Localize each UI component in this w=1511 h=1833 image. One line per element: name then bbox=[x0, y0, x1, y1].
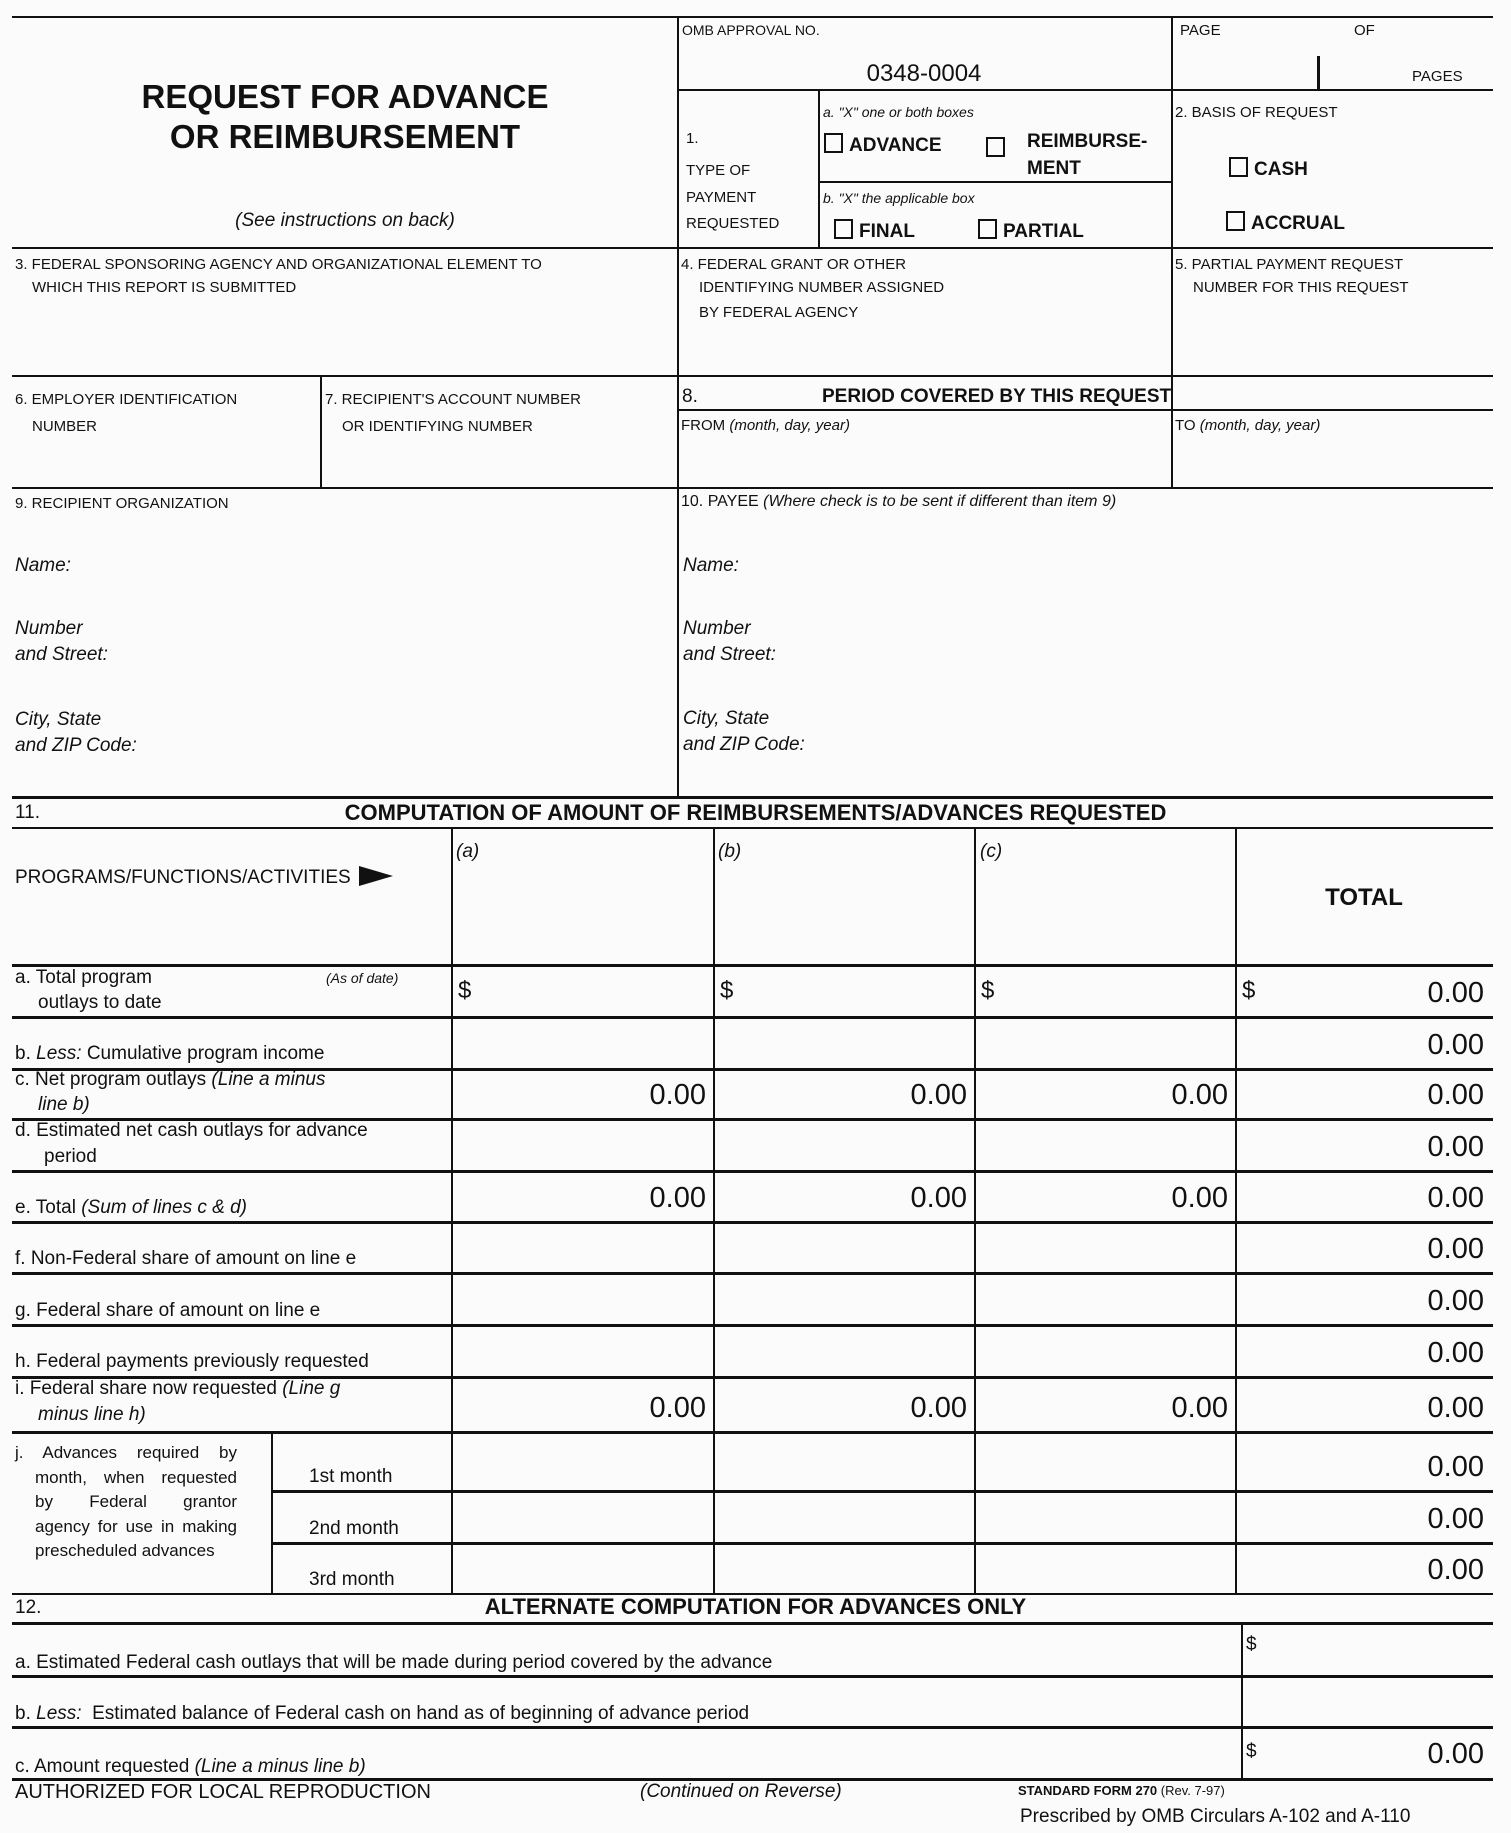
period-from-label: FROM (month, day, year) bbox=[681, 417, 850, 434]
partial-checkbox[interactable]: PARTIAL bbox=[978, 219, 1084, 243]
continued-note: (Continued on Reverse) bbox=[640, 1781, 842, 1803]
value-cell[interactable] bbox=[977, 1222, 1232, 1270]
value-cell[interactable] bbox=[977, 1325, 1232, 1374]
value-cell[interactable] bbox=[977, 1543, 1232, 1591]
currency-symbol: $ bbox=[720, 977, 733, 1005]
item12c-label: c. Amount requested (Line a minus line b… bbox=[15, 1756, 366, 1778]
recipient-street-label-1: Number bbox=[15, 618, 83, 640]
employer-id-field[interactable] bbox=[14, 440, 318, 485]
value-cell[interactable] bbox=[454, 1543, 710, 1591]
currency-symbol: $ bbox=[458, 977, 471, 1005]
item1b-instruction: b. "X" the applicable box bbox=[823, 190, 975, 206]
cell-value: 0.00 bbox=[1428, 1233, 1484, 1266]
advance-checkbox[interactable]: ADVANCE bbox=[824, 133, 942, 157]
partial-label: PARTIAL bbox=[1003, 221, 1084, 242]
total-pages-field[interactable] bbox=[1321, 40, 1411, 88]
cell-value: 0.00 bbox=[1172, 1392, 1228, 1425]
payee-city-field[interactable] bbox=[830, 710, 1480, 755]
row-h-label: h. Federal payments previously requested bbox=[15, 1351, 369, 1373]
value-cell[interactable] bbox=[454, 1325, 710, 1374]
checkbox-icon bbox=[978, 219, 997, 239]
row-e-label: e. Total (Sum of lines c & d) bbox=[15, 1197, 247, 1219]
value-cell[interactable]: 0.00 bbox=[977, 1069, 1232, 1116]
item12a-field[interactable] bbox=[1262, 1626, 1490, 1673]
instructions-note: (See instructions on back) bbox=[0, 210, 690, 232]
value-cell[interactable]: $0.00 bbox=[1238, 965, 1488, 1014]
value-cell[interactable]: 0.00 bbox=[1238, 1543, 1488, 1591]
reimbursement-label-line1: REIMBURSE- bbox=[1027, 131, 1147, 153]
cell-value: 0.00 bbox=[1428, 1392, 1484, 1425]
advance-label: ADVANCE bbox=[849, 135, 942, 156]
reimbursement-label-line2: MENT bbox=[1027, 158, 1081, 180]
value-cell[interactable] bbox=[716, 1273, 971, 1322]
row-c-label: c. Net program outlays (Line a minus bbox=[15, 1069, 325, 1091]
value-cell[interactable] bbox=[716, 1325, 971, 1374]
payee-name-label: Name: bbox=[683, 555, 739, 577]
cell-value: 0.00 bbox=[911, 1182, 967, 1215]
item7-label-line2: OR IDENTIFYING NUMBER bbox=[342, 418, 533, 435]
currency-symbol: $ bbox=[1242, 977, 1255, 1005]
payee-street-label-2: and Street: bbox=[683, 644, 776, 666]
item1-label-requested: REQUESTED bbox=[686, 215, 779, 232]
item5-label-line1: 5. PARTIAL PAYMENT REQUEST bbox=[1175, 256, 1403, 273]
item5-label-line2: NUMBER FOR THIS REQUEST bbox=[1193, 279, 1409, 296]
item4-label-line1: 4. FEDERAL GRANT OR OTHER bbox=[681, 256, 906, 273]
item12c-currency: $ bbox=[1246, 1741, 1257, 1763]
cell-value: 0.00 bbox=[1428, 1503, 1484, 1536]
recipient-name-field[interactable] bbox=[160, 548, 670, 580]
cell-value: 0.00 bbox=[1428, 1451, 1484, 1484]
j-month-2-label: 2nd month bbox=[309, 1518, 399, 1540]
omb-approval-label: OMB APPROVAL NO. bbox=[682, 22, 820, 38]
program-b-field[interactable] bbox=[716, 870, 972, 962]
value-cell[interactable] bbox=[716, 1432, 971, 1488]
reimbursement-checkbox[interactable] bbox=[986, 137, 1011, 160]
item3-label-line1: 3. FEDERAL SPONSORING AGENCY AND ORGANIZ… bbox=[15, 256, 542, 273]
value-cell[interactable]: 0.00 bbox=[1238, 1069, 1488, 1116]
value-cell[interactable]: $ bbox=[716, 965, 971, 1014]
accrual-label: ACCRUAL bbox=[1251, 213, 1345, 234]
period-from-field[interactable] bbox=[680, 438, 1168, 485]
value-cell[interactable] bbox=[977, 1119, 1232, 1168]
item12b-label: b. Less: Estimated balance of Federal ca… bbox=[15, 1703, 749, 1725]
value-cell[interactable] bbox=[716, 1543, 971, 1591]
cell-value: 0.00 bbox=[1428, 1131, 1484, 1164]
page-number-field[interactable] bbox=[1174, 40, 1314, 88]
period-to-label: TO (month, day, year) bbox=[1175, 417, 1320, 434]
period-to-field[interactable] bbox=[1174, 438, 1490, 485]
item12a-label: a. Estimated Federal cash outlays that w… bbox=[15, 1652, 772, 1674]
payee-name-field[interactable] bbox=[830, 548, 1480, 580]
form-title-line1: REQUEST FOR ADVANCE bbox=[0, 78, 690, 116]
value-cell[interactable] bbox=[716, 1491, 971, 1540]
value-cell[interactable] bbox=[977, 1432, 1232, 1488]
checkbox-icon bbox=[1226, 211, 1245, 231]
value-cell[interactable]: 0.00 bbox=[977, 1377, 1232, 1429]
value-cell[interactable]: 0.00 bbox=[454, 1171, 710, 1219]
value-cell[interactable]: 0.00 bbox=[454, 1377, 710, 1429]
payee-city-label-2: and ZIP Code: bbox=[683, 734, 805, 756]
item12a-currency: $ bbox=[1246, 1634, 1257, 1656]
cell-value: 0.00 bbox=[1428, 977, 1484, 1010]
row-d-label: d. Estimated net cash outlays for advanc… bbox=[15, 1120, 368, 1142]
row-g-label: g. Federal share of amount on line e bbox=[15, 1300, 320, 1322]
recipient-city-label-1: City, State bbox=[15, 709, 101, 731]
j-month-3-label: 3rd month bbox=[309, 1569, 395, 1591]
row-j-label: j. Advances required by month, when requ… bbox=[15, 1441, 237, 1564]
item3-label-line2: WHICH THIS REPORT IS SUBMITTED bbox=[32, 279, 296, 296]
value-cell[interactable]: $ bbox=[454, 965, 710, 1014]
cell-value: 0.00 bbox=[1428, 1285, 1484, 1318]
accrual-checkbox[interactable]: ACCRUAL bbox=[1226, 211, 1345, 235]
value-cell[interactable]: 0.00 bbox=[454, 1069, 710, 1116]
value-cell[interactable]: $ bbox=[977, 965, 1232, 1014]
value-cell[interactable]: 0.00 bbox=[1238, 1171, 1488, 1219]
page-label: PAGE bbox=[1180, 22, 1221, 39]
value-cell[interactable]: 0.00 bbox=[716, 1377, 971, 1429]
row-b-label: b. Less: Cumulative program income bbox=[15, 1043, 324, 1065]
row-a-as-of-date: (As of date) bbox=[326, 970, 398, 986]
cell-value: 0.00 bbox=[1172, 1079, 1228, 1112]
cell-value: 0.00 bbox=[650, 1079, 706, 1112]
item8-title: PERIOD COVERED BY THIS REQUEST bbox=[822, 386, 1171, 408]
row-a-label-2: outlays to date bbox=[38, 992, 162, 1014]
row-c-label-2: line b) bbox=[38, 1094, 90, 1116]
checkbox-icon bbox=[1229, 157, 1248, 177]
row-i-label-2: minus line h) bbox=[38, 1404, 146, 1426]
omb-approval-number: 0348-0004 bbox=[677, 60, 1171, 88]
recipient-city-label-2: and ZIP Code: bbox=[15, 735, 137, 757]
payee-street-label-1: Number bbox=[683, 618, 751, 640]
programs-label: PROGRAMS/FUNCTIONS/ACTIVITIES bbox=[15, 866, 393, 889]
of-label: OF bbox=[1354, 22, 1375, 39]
recipient-name-label: Name: bbox=[15, 555, 71, 577]
value-cell[interactable]: 0.00 bbox=[716, 1171, 971, 1219]
pages-label: PAGES bbox=[1412, 68, 1463, 85]
column-header-b: (b) bbox=[718, 841, 741, 863]
value-cell[interactable]: 0.00 bbox=[1238, 1377, 1488, 1429]
checkbox-icon bbox=[834, 219, 853, 239]
j-month-1-label: 1st month bbox=[309, 1466, 392, 1488]
payee-city-label-1: City, State bbox=[683, 708, 769, 730]
cash-checkbox[interactable]: CASH bbox=[1229, 157, 1308, 181]
item2-label: 2. BASIS OF REQUEST bbox=[1175, 104, 1338, 121]
item1-number: 1. bbox=[686, 130, 699, 147]
sponsoring-agency-field[interactable] bbox=[14, 300, 674, 372]
value-cell[interactable] bbox=[454, 1222, 710, 1270]
item9-label: 9. RECIPIENT ORGANIZATION bbox=[15, 495, 229, 512]
final-label: FINAL bbox=[859, 221, 915, 242]
account-number-field[interactable] bbox=[324, 440, 674, 485]
value-cell[interactable] bbox=[977, 1491, 1232, 1540]
item10-label: 10. PAYEE (Where check is to be sent if … bbox=[681, 493, 1116, 511]
cell-value: 0.00 bbox=[1172, 1182, 1228, 1215]
program-c-field[interactable] bbox=[977, 870, 1233, 962]
item4-label-line2: IDENTIFYING NUMBER ASSIGNED bbox=[699, 279, 944, 296]
cell-value: 0.00 bbox=[650, 1392, 706, 1425]
item7-label-line1: 7. RECIPIENT'S ACCOUNT NUMBER bbox=[325, 391, 581, 408]
value-cell[interactable]: 0.00 bbox=[1238, 1491, 1488, 1540]
value-cell[interactable] bbox=[454, 1119, 710, 1168]
value-cell[interactable]: 0.00 bbox=[716, 1069, 971, 1116]
value-cell[interactable]: 0.00 bbox=[977, 1171, 1232, 1219]
item1a-instruction: a. "X" one or both boxes bbox=[823, 104, 974, 120]
partial-payment-number-field[interactable] bbox=[1174, 300, 1490, 372]
value-cell[interactable] bbox=[716, 1222, 971, 1270]
recipient-street-field[interactable] bbox=[160, 620, 670, 665]
item12-title: ALTERNATE COMPUTATION FOR ADVANCES ONLY bbox=[0, 1594, 1511, 1620]
cell-value: 0.00 bbox=[1428, 1182, 1484, 1215]
item6-label-line2: NUMBER bbox=[32, 418, 97, 435]
column-header-total: TOTAL bbox=[1235, 884, 1493, 912]
value-cell[interactable] bbox=[977, 1273, 1232, 1322]
item8-number: 8. bbox=[682, 386, 698, 408]
value-cell[interactable]: 0.00 bbox=[1238, 1273, 1488, 1322]
form-title-line2: OR REIMBURSEMENT bbox=[0, 118, 690, 156]
payee-street-field[interactable] bbox=[830, 620, 1480, 665]
recipient-street-label-2: and Street: bbox=[15, 644, 108, 666]
value-cell[interactable]: 0.00 bbox=[1238, 1119, 1488, 1168]
currency-symbol: $ bbox=[981, 977, 994, 1005]
value-cell[interactable]: 0.00 bbox=[1238, 1432, 1488, 1488]
value-cell[interactable] bbox=[454, 1432, 710, 1488]
checkbox-icon bbox=[986, 137, 1005, 157]
cell-value: 0.00 bbox=[911, 1392, 967, 1425]
item1-label-type-of: TYPE OF bbox=[686, 162, 750, 179]
cell-value: 0.00 bbox=[1428, 1554, 1484, 1587]
value-cell[interactable] bbox=[454, 1273, 710, 1322]
cash-label: CASH bbox=[1254, 159, 1308, 180]
recipient-city-field[interactable] bbox=[160, 710, 670, 755]
grant-number-field[interactable] bbox=[680, 325, 1168, 373]
row-a-label: a. Total program bbox=[15, 967, 152, 989]
item12b-field[interactable] bbox=[1244, 1678, 1490, 1724]
cell-value: 0.00 bbox=[1428, 1079, 1484, 1112]
cell-value: 0.00 bbox=[650, 1182, 706, 1215]
cell-value: 0.00 bbox=[1428, 1029, 1484, 1062]
cell-value: 0.00 bbox=[911, 1079, 967, 1112]
value-cell[interactable] bbox=[716, 1119, 971, 1168]
value-cell[interactable]: 0.00 bbox=[1238, 1017, 1488, 1066]
form-identifier: STANDARD FORM 270 (Rev. 7-97) bbox=[1018, 1783, 1225, 1798]
authorized-reproduction-note: AUTHORIZED FOR LOCAL REPRODUCTION bbox=[15, 1781, 431, 1804]
arrow-right-icon bbox=[359, 866, 393, 886]
value-cell[interactable] bbox=[454, 1491, 710, 1540]
item4-label-line3: BY FEDERAL AGENCY bbox=[699, 304, 858, 321]
item1-label-payment: PAYMENT bbox=[686, 189, 756, 206]
value-cell[interactable] bbox=[716, 1017, 971, 1066]
checkbox-icon bbox=[824, 133, 843, 153]
item6-label-line1: 6. EMPLOYER IDENTIFICATION bbox=[15, 391, 237, 408]
value-cell[interactable] bbox=[454, 1017, 710, 1066]
row-i-label: i. Federal share now requested (Line g bbox=[15, 1378, 340, 1400]
value-cell[interactable] bbox=[977, 1017, 1232, 1066]
item11-title: COMPUTATION OF AMOUNT OF REIMBURSEMENTS/… bbox=[0, 800, 1511, 826]
item12c-value[interactable]: 0.00 bbox=[1262, 1738, 1484, 1771]
cell-value: 0.00 bbox=[1428, 1337, 1484, 1370]
row-f-label: f. Non-Federal share of amount on line e bbox=[15, 1248, 356, 1270]
column-header-a: (a) bbox=[456, 841, 479, 863]
final-checkbox[interactable]: FINAL bbox=[834, 219, 915, 243]
program-a-field[interactable] bbox=[454, 870, 710, 962]
row-d-label-2: period bbox=[44, 1146, 97, 1168]
value-cell[interactable]: 0.00 bbox=[1238, 1222, 1488, 1270]
prescribed-note: Prescribed by OMB Circulars A-102 and A-… bbox=[1020, 1806, 1410, 1828]
column-header-c: (c) bbox=[980, 841, 1002, 863]
value-cell[interactable]: 0.00 bbox=[1238, 1325, 1488, 1374]
